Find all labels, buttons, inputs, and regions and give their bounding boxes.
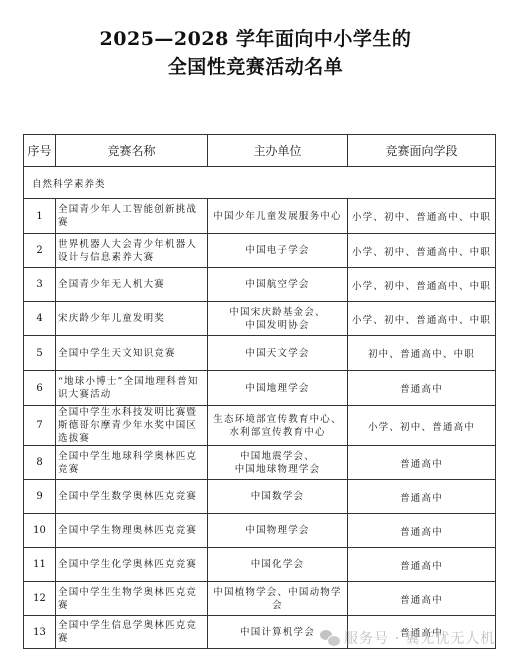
row-number: 13 [24,616,56,649]
competition-name: 全国中学生生物学奥林匹克竞赛 [56,582,208,616]
school-level: 普通高中 [348,480,496,514]
school-level: 小学、初中、普通高中、中职 [348,199,496,234]
competition-name: 全国中学生数学奥林匹克竞赛 [56,480,208,514]
competition-name: 世界机器人大会青少年机器人设计与信息素养大赛 [56,234,208,268]
row-number: 11 [24,548,56,582]
category-label: 自然科学素养类 [24,167,496,199]
table-row: 4宋庆龄少年儿童发明奖中国宋庆龄基金会、中国发明协会小学、初中、普通高中、中职 [24,302,496,336]
organizer-line: 中国地震学会、 [210,450,345,463]
school-level: 初中、普通高中、中职 [348,336,496,371]
row-number: 10 [24,514,56,548]
document-title-line-2: 全国性竞赛活动名单 [0,55,511,79]
competition-name: 全国中学生化学奥林匹克竞赛 [56,548,208,582]
school-level: 小学、初中、普通高中 [348,406,496,446]
school-level: 普通高中 [348,514,496,548]
organizer: 中国少年儿童发展服务中心 [208,199,348,234]
row-number: 9 [24,480,56,514]
competition-table: 序号 竞赛名称 主办单位 竞赛面向学段 自然科学素养类 1全国青少年人工智能创新… [23,134,496,649]
row-number: 4 [24,302,56,336]
table-row: 9全国中学生数学奥林匹克竞赛中国数学会普通高中 [24,480,496,514]
document-title-line-1: 2025—2028 学年面向中小学生的 [0,27,511,51]
organizer-line: 水利部宣传教育中心 [210,426,345,439]
organizer: 中国植物学会、中国动物学会 [208,582,348,616]
row-number: 12 [24,582,56,616]
competition-name: 全国青少年无人机大赛 [56,268,208,302]
school-level: 普通高中 [348,582,496,616]
competition-name: 全国青少年人工智能创新挑战赛 [56,199,208,234]
organizer: 中国地震学会、中国地球物理学会 [208,446,348,480]
row-number: 8 [24,446,56,480]
organizer: 中国宋庆龄基金会、中国发明协会 [208,302,348,336]
row-number: 2 [24,234,56,268]
wechat-icon [320,630,340,646]
row-number: 3 [24,268,56,302]
header-no: 序号 [24,135,56,167]
organizer: 中国数学会 [208,480,348,514]
organizer: 中国航空学会 [208,268,348,302]
competition-name: 全国中学生天文知识竞赛 [56,336,208,371]
category-row: 自然科学素养类 [24,167,496,199]
row-number: 6 [24,371,56,406]
competition-name: “地球小博士”全国地理科普知识大赛活动 [56,371,208,406]
table-row: 1全国青少年人工智能创新挑战赛中国少年儿童发展服务中心小学、初中、普通高中、中职 [24,199,496,234]
table-header-row: 序号 竞赛名称 主办单位 竞赛面向学段 [24,135,496,167]
table-row: 11全国中学生化学奥林匹克竞赛中国化学会普通高中 [24,548,496,582]
organizer: 中国化学会 [208,548,348,582]
watermark: 服务号 · 翼无忧无人机 [320,628,495,648]
table-row: 10全国中学生物理奥林匹克竞赛中国物理学会普通高中 [24,514,496,548]
competition-name: 全国中学生地球科学奥林匹克竞赛 [56,446,208,480]
organizer-line: 中国地球物理学会 [210,463,345,476]
organizer: 中国电子学会 [208,234,348,268]
competition-name: 宋庆龄少年儿童发明奖 [56,302,208,336]
school-level: 普通高中 [348,446,496,480]
watermark-text: 服务号 · 翼无忧无人机 [344,628,495,648]
organizer-line: 中国宋庆龄基金会、 [210,306,345,319]
table-row: 5全国中学生天文知识竞赛中国天文学会初中、普通高中、中职 [24,336,496,371]
header-name: 竞赛名称 [56,135,208,167]
school-level: 小学、初中、普通高中、中职 [348,302,496,336]
school-level: 小学、初中、普通高中、中职 [348,268,496,302]
table-row: 8全国中学生地球科学奥林匹克竞赛中国地震学会、中国地球物理学会普通高中 [24,446,496,480]
school-level: 普通高中 [348,371,496,406]
organizer: 生态环境部宣传教育中心、水利部宣传教育中心 [208,406,348,446]
school-level: 普通高中 [348,548,496,582]
table-row: 2世界机器人大会青少年机器人设计与信息素养大赛中国电子学会小学、初中、普通高中、… [24,234,496,268]
organizer: 中国天文学会 [208,336,348,371]
school-level: 小学、初中、普通高中、中职 [348,234,496,268]
row-number: 7 [24,406,56,446]
table-row: 3全国青少年无人机大赛中国航空学会小学、初中、普通高中、中职 [24,268,496,302]
row-number: 5 [24,336,56,371]
table-row: 7全国中学生水科技发明比赛暨斯德哥尔摩青少年水奖中国区选拔赛生态环境部宣传教育中… [24,406,496,446]
header-level: 竞赛面向学段 [348,135,496,167]
table-row: 12全国中学生生物学奥林匹克竞赛中国植物学会、中国动物学会普通高中 [24,582,496,616]
row-number: 1 [24,199,56,234]
header-organizer: 主办单位 [208,135,348,167]
organizer: 中国物理学会 [208,514,348,548]
competition-name: 全国中学生物理奥林匹克竞赛 [56,514,208,548]
organizer-line: 生态环境部宣传教育中心、 [210,413,345,426]
competition-name: 全国中学生水科技发明比赛暨斯德哥尔摩青少年水奖中国区选拔赛 [56,406,208,446]
organizer-line: 中国发明协会 [210,319,345,332]
table-row: 6“地球小博士”全国地理科普知识大赛活动中国地理学会普通高中 [24,371,496,406]
organizer: 中国地理学会 [208,371,348,406]
competition-name: 全国中学生信息学奥林匹克竞赛 [56,616,208,649]
